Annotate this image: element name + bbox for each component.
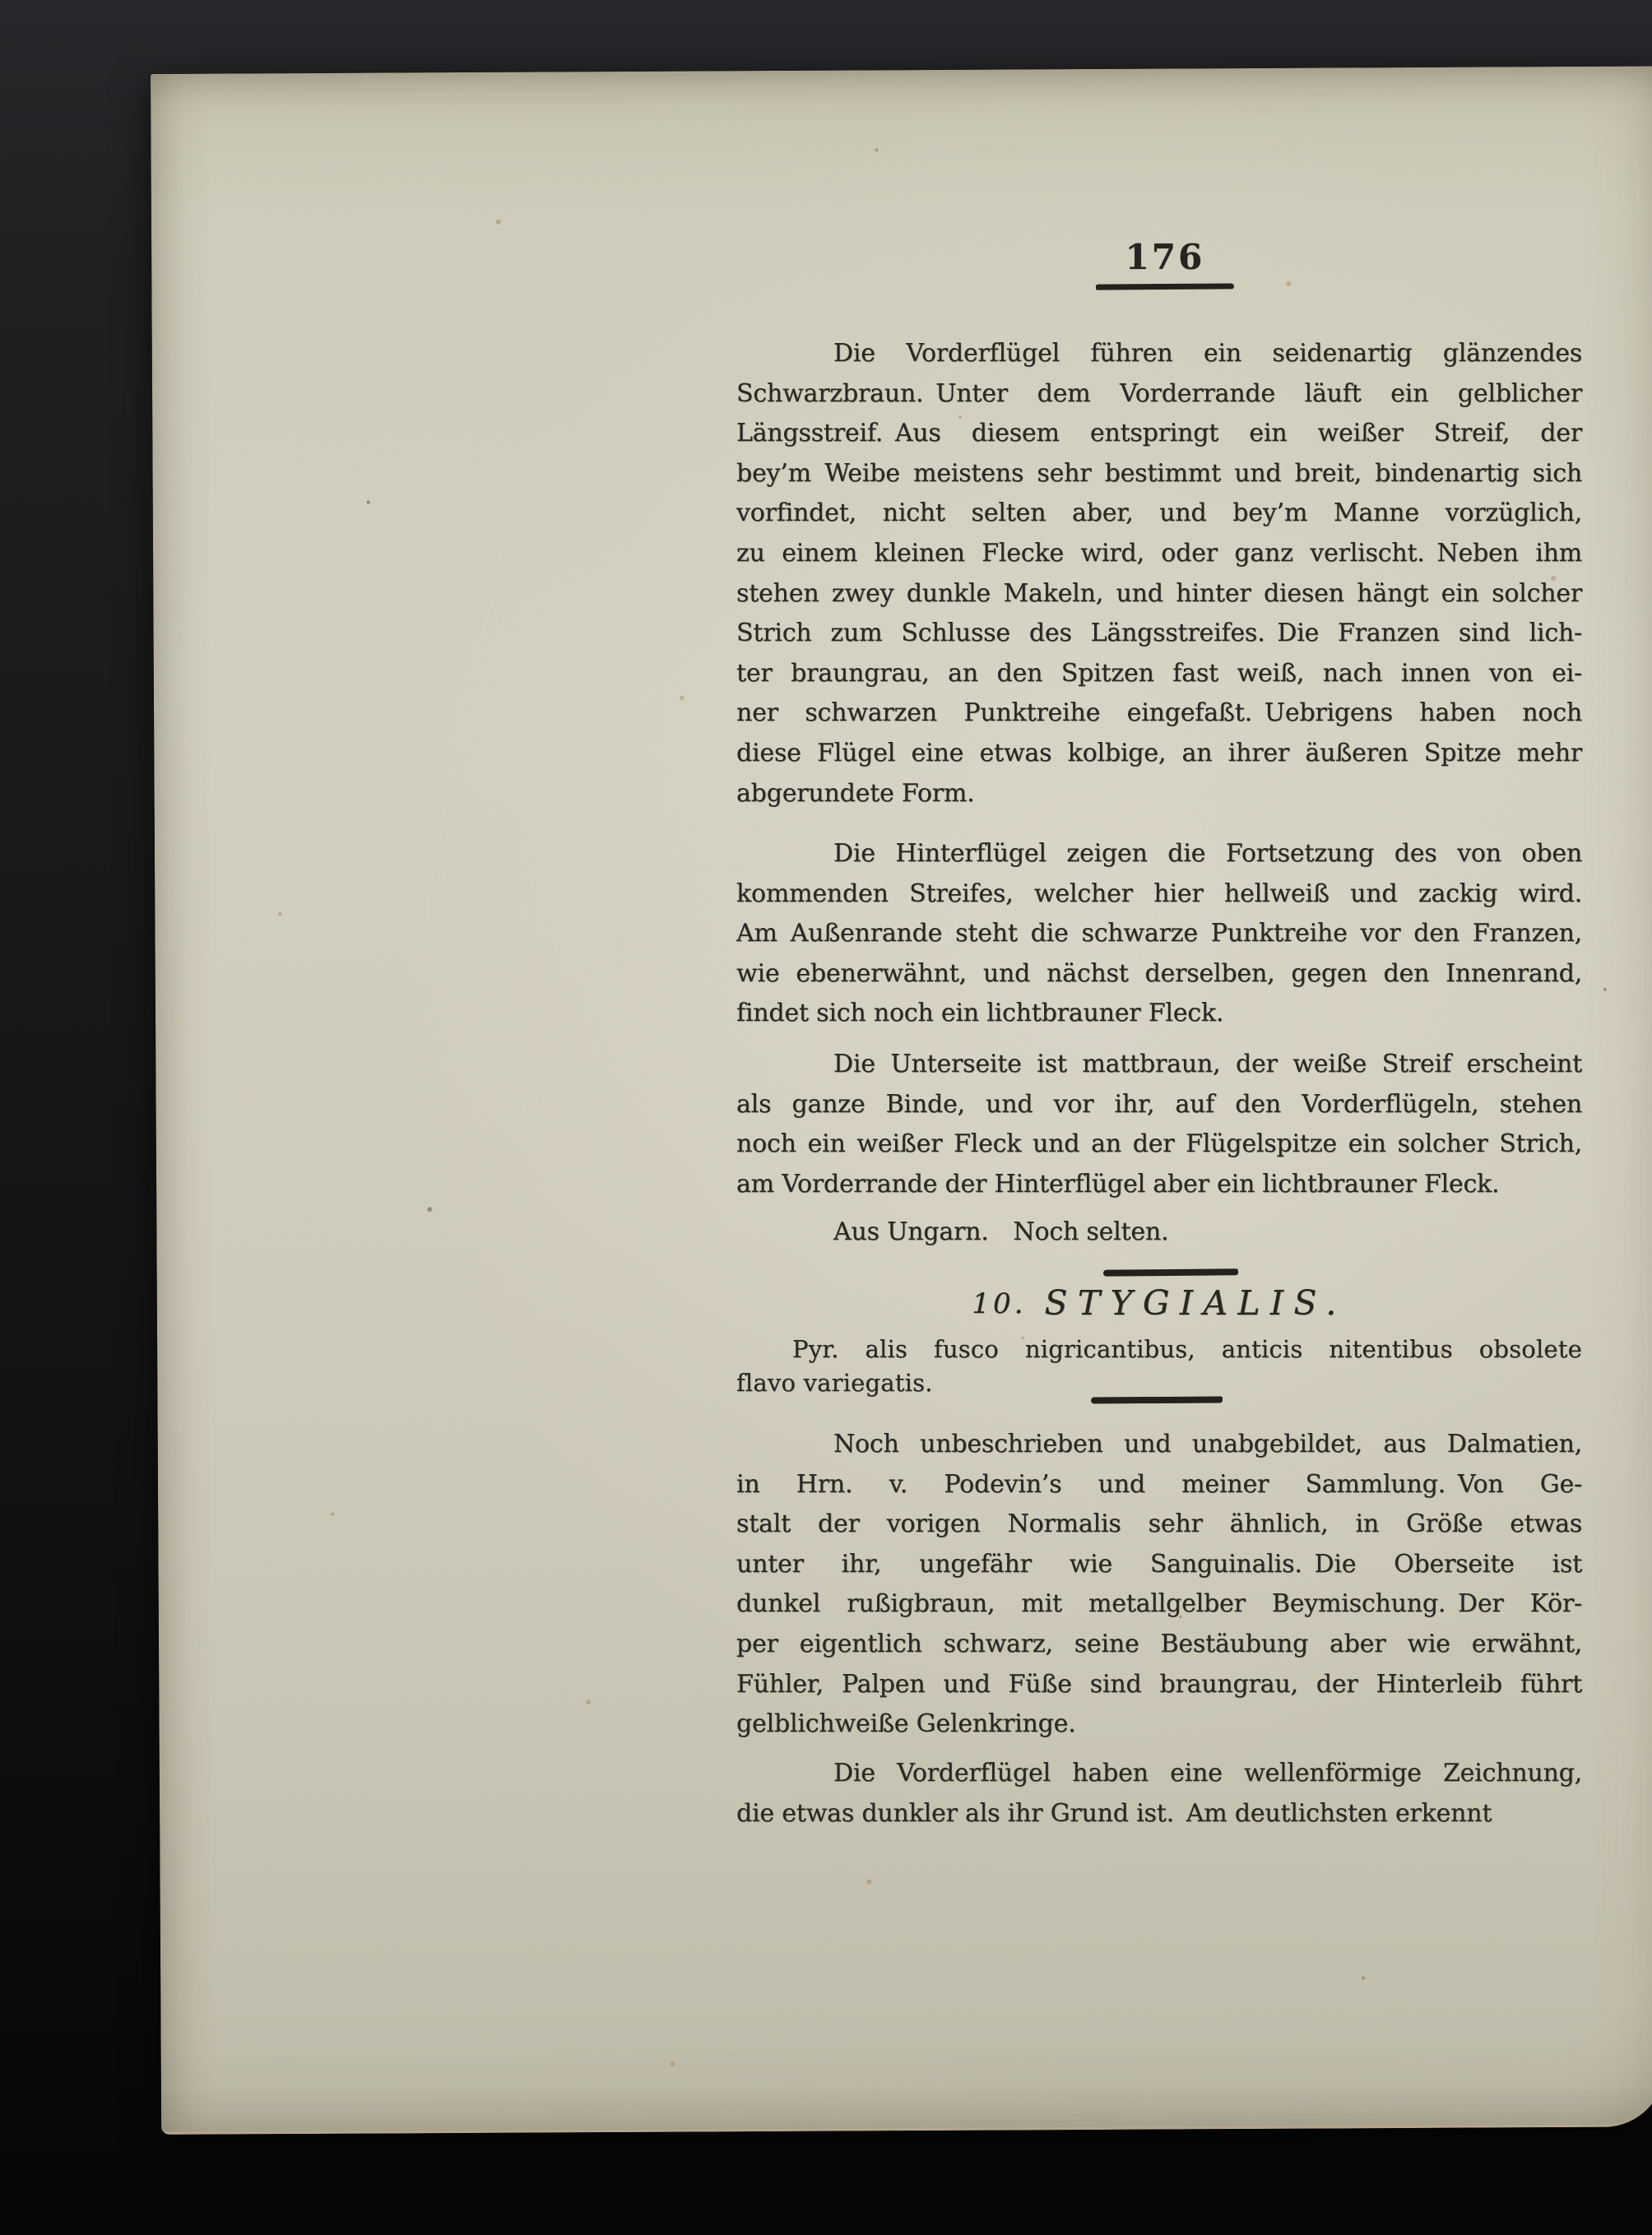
text-line: Schwarzbraun. Unter dem Vorderrande läuf… (736, 374, 1582, 415)
text-line: stalt der vorigen Normalis sehr ähnlich,… (736, 1505, 1582, 1545)
text-line: vorfindet, nicht selten aber, und bey’m … (736, 494, 1582, 534)
text-line: Fühler, Palpen und Füße sind braungrau, … (736, 1665, 1582, 1705)
text-line: ner schwarzen Punktreihe eingefaßt. Uebr… (736, 693, 1582, 734)
text-line: Die Vorderflügel führen ein seidenartig … (736, 334, 1582, 374)
book-page-scan: 176 Die Vorderflügel führen ein seidenar… (0, 0, 1652, 2235)
text-line: Strich zum Schlusse des Längsstreifes. D… (736, 614, 1582, 654)
species-name: STYGIALIS. (1044, 1283, 1346, 1323)
text-line: Die Hinterflügel zeigen die Fortsetzung … (736, 834, 1582, 874)
text-line: abgerundete Form. (736, 774, 1582, 814)
page-content: 176 Die Vorderflügel führen ein seidenar… (0, 0, 1652, 2235)
paragraph-forewing-markings: Die Vorderflügel haben eine wellenförmig… (736, 1754, 1582, 1834)
page-header: 176 (1093, 237, 1237, 290)
paragraph-hindwings: Die Hinterflügel zeigen die Fortsetzung … (736, 834, 1582, 1034)
text-line: diese Flügel eine etwas kolbige, an ihre… (736, 734, 1582, 774)
text-line: am Vorderrande der Hinterflügel aber ein… (736, 1165, 1582, 1205)
text-line: zu einem kleinen Flecke wird, oder ganz … (736, 534, 1582, 574)
text-line: findet sich noch ein lichtbrauner Fleck. (736, 994, 1582, 1034)
text-line: flavo variegatis. (736, 1366, 1582, 1400)
page-number-rule (1096, 283, 1234, 290)
paragraph-description: Noch unbeschrieben und unabgebildet, aus… (736, 1425, 1582, 1745)
text-line: Pyr. alis fusco nigricantibus, anticis n… (736, 1333, 1582, 1366)
text-line: Die Vorderflügel haben eine wellenförmig… (736, 1754, 1582, 1794)
text-line: als ganze Binde, und vor ihr, auf den Vo… (736, 1085, 1582, 1125)
text-line: unter ihr, ungefähr wie Sanguinalis. Die… (736, 1545, 1582, 1585)
paragraph-locality: Aus Ungarn. Noch selten. (736, 1213, 1582, 1253)
text-line: dunkel rußigbraun, mit metallgelber Beym… (736, 1584, 1582, 1625)
text-line: per eigentlich schwarz, seine Bestäubung… (736, 1625, 1582, 1665)
species-heading: 10.STYGIALIS. (736, 1283, 1582, 1323)
text-line: Aus Ungarn. Noch selten. (736, 1213, 1582, 1253)
text-line: die etwas dunkler als ihr Grund ist. Am … (736, 1794, 1582, 1834)
page-number: 176 (1093, 237, 1237, 277)
text-line: stehen zwey dunkle Makeln, und hinter di… (736, 574, 1582, 614)
section-divider-bottom (1091, 1396, 1223, 1403)
text-line: gelblichweiße Gelenkringe. (736, 1704, 1582, 1745)
text-line: Noch unbeschrieben und unabgebildet, aus… (736, 1425, 1582, 1465)
text-line: Die Unterseite ist mattbraun, der weiße … (736, 1045, 1582, 1085)
paragraph-forewings: Die Vorderflügel führen ein seidenartig … (736, 334, 1582, 814)
text-line: kommenden Streifes, welcher hier hellwei… (736, 874, 1582, 915)
text-line: Am Außenrande steht die schwarze Punktre… (736, 914, 1582, 954)
text-line: bey’m Weibe meistens sehr bestimmt und b… (736, 454, 1582, 494)
latin-diagnosis: Pyr. alis fusco nigricantibus, anticis n… (736, 1333, 1582, 1400)
paragraph-underside: Die Unterseite ist mattbraun, der weiße … (736, 1045, 1582, 1204)
section-divider-top (1103, 1268, 1238, 1276)
text-line: Längsstreif. Aus diesem entspringt ein w… (736, 414, 1582, 454)
text-line: ter braungrau, an den Spitzen fast weiß,… (736, 654, 1582, 694)
text-line: wie ebenerwähnt, und nächst derselben, g… (736, 954, 1582, 995)
text-line: noch ein weißer Fleck und an der Flügels… (736, 1124, 1582, 1165)
species-number: 10. (972, 1287, 1026, 1320)
text-line: in Hrn. v. Podevin’s und meiner Sammlung… (736, 1465, 1582, 1505)
